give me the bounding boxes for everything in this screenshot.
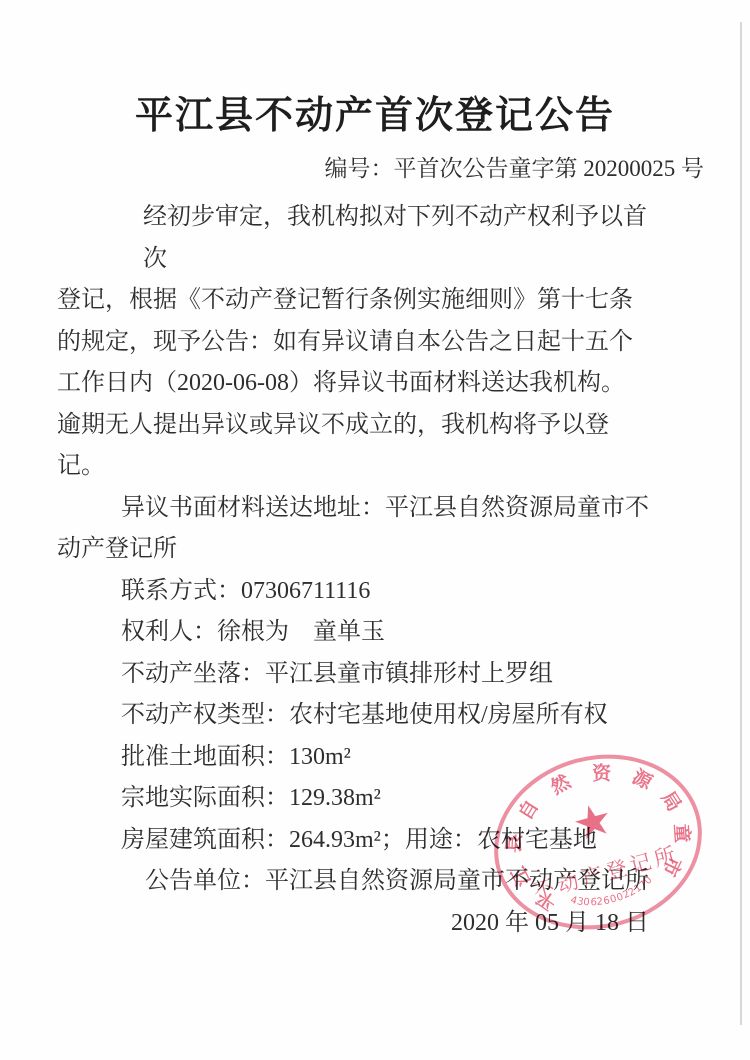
rights-holder-line: 权利人：徐根为 童单玉 (57, 612, 651, 654)
approved-land-area-line: 批准土地面积：130m² (57, 737, 651, 779)
paragraph1-line: 的规定，现予公告：如有异议请自本公告之日起十五个 (57, 322, 651, 364)
issuer-line: 公告单位：平江县自然资源局童市不动产登记所 (57, 861, 651, 903)
contact-line: 联系方式：07306711116 (57, 571, 651, 613)
property-location-line: 不动产坐落：平江县童市镇排形村上罗组 (57, 654, 651, 696)
paragraph1-line: 登记，根据《不动产登记暂行条例实施细则》第十七条 (57, 280, 651, 322)
document-title: 平江县不动产首次登记公告 (0, 84, 750, 139)
document-number: 编号：平首次公告童字第 20200025 号 (325, 150, 705, 183)
seal-arc-char: 局 (653, 785, 686, 818)
paragraph1-line: 工作日内（2020-06-08）将异议书面材料送达我机构。 (57, 363, 651, 405)
paragraph1-line: 记。 (57, 446, 651, 488)
date-line: 2020 年 05 月 18 日 (57, 903, 651, 945)
paragraph1-line: 经初步审定，我机构拟对下列不动产权利予以首次 (57, 197, 651, 280)
scan-edge-line (740, 22, 742, 1025)
right-type-line: 不动产权类型：农村宅基地使用权/房屋所有权 (57, 695, 651, 737)
document-body: 经初步审定，我机构拟对下列不动产权利予以首次 登记，根据《不动产登记暂行条例实施… (57, 197, 651, 944)
seal-arc-char: 市 (655, 850, 687, 882)
paragraph2-line: 动产登记所 (57, 529, 651, 571)
parcel-actual-area-line: 宗地实际面积：129.38m² (57, 778, 651, 820)
seal-arc-char: 童 (668, 820, 694, 846)
document-page: 平江县不动产首次登记公告 编号：平首次公告童字第 20200025 号 经初步审… (0, 0, 750, 1060)
paragraph1-line: 逾期无人提出异议或异议不成立的，我机构将予以登 (57, 405, 651, 447)
paragraph2-line: 异议书面材料送达地址：平江县自然资源局童市不 (57, 488, 651, 530)
building-area-line: 房屋建筑面积：264.93m²；用途：农村宅基地 (57, 820, 651, 862)
